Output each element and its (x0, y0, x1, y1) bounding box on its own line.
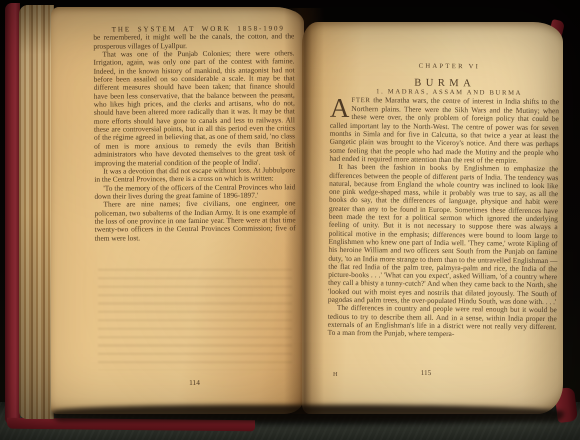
show-through-ghost-text (98, 266, 292, 370)
book-cover-left-edge (5, 3, 20, 425)
right-page-text-block: CHAPTER VI BURMA 1. MADRAS, ASSAM AND BU… (328, 62, 560, 340)
opening-caps: FTER (352, 97, 371, 104)
paragraph: AFTER the Maratha wars, the centre of in… (329, 96, 559, 166)
left-page-number: 114 (94, 377, 295, 387)
paragraph: There are nine names; five civilians, on… (94, 200, 295, 243)
paragraph: It has been the fashion in books by Engl… (328, 163, 558, 306)
page-edge-stack (19, 5, 54, 419)
paragraph: That was one of the Punjab Colonies; the… (93, 49, 295, 167)
paragraph-text: the Maratha wars, the centre of interest… (329, 95, 559, 165)
book-photo-scene: THE SYSTEM AT WORK 1858-1909 be remember… (0, 0, 580, 440)
drop-cap: A (330, 96, 352, 119)
paragraph: The differences in country and people we… (328, 304, 557, 340)
page-bottom-shadow (52, 405, 564, 422)
chapter-label: CHAPTER VI (330, 62, 559, 73)
left-page-text-block: THE SYSTEM AT WORK 1858-1909 be remember… (93, 24, 296, 242)
